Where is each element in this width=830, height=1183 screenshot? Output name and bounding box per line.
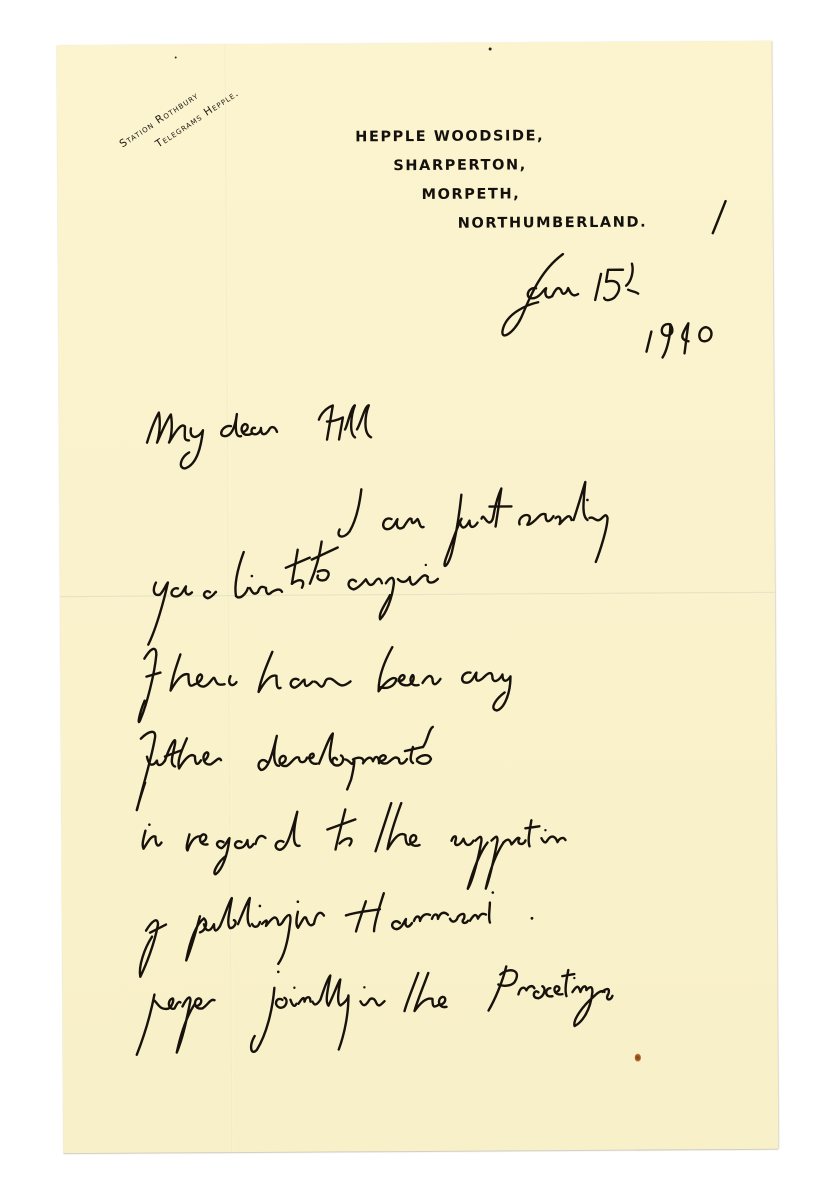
body-line-3: if there have been any bbox=[145, 662, 599, 711]
letter-paper: Station Rothbury Telegrams Hepple. HEPPL… bbox=[57, 41, 779, 1153]
date-year: 1940 bbox=[638, 326, 740, 373]
address-line-3: MORPETH, bbox=[355, 180, 647, 211]
body-line-2: you a line to to enquire bbox=[145, 577, 617, 626]
address-line-2: SHARPERTON, bbox=[355, 151, 647, 182]
address-line-4: NORTHUMBERLAND. bbox=[356, 209, 648, 240]
rust-stain bbox=[635, 1054, 641, 1062]
letterhead-address: HEPPLE WOODSIDE, SHARPERTON, MORPETH, NO… bbox=[355, 122, 647, 240]
body-line-6: of publishing Harrison's bbox=[147, 912, 636, 961]
date-day: Jan 15th bbox=[508, 266, 679, 313]
body-line-1: I am just sending bbox=[309, 487, 659, 535]
address-line-1: HEPPLE WOODSIDE, bbox=[355, 122, 647, 153]
ink-speck bbox=[175, 56, 177, 58]
salutation: My dear Hill bbox=[144, 383, 399, 431]
body-line-4: further developments bbox=[146, 752, 585, 801]
body-line-5: in regard to the suggestion bbox=[146, 831, 699, 880]
body-line-7: paper jointly in the Proceedings bbox=[147, 991, 797, 1041]
ink-speck bbox=[489, 48, 492, 51]
